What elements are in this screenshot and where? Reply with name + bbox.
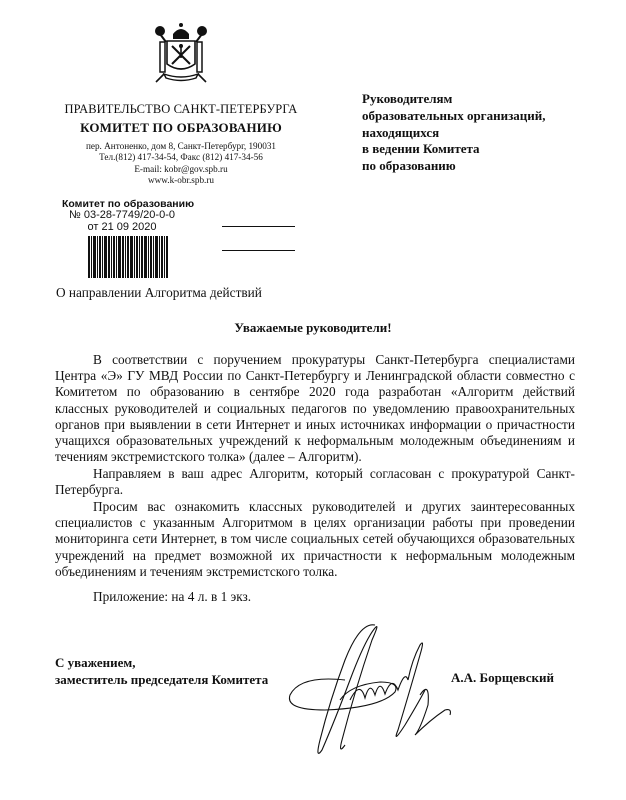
blank-line [222, 250, 295, 251]
government-name: ПРАВИТЕЛЬСТВО САНКТ-ПЕТЕРБУРГА [40, 102, 322, 117]
paragraph-text: Просим вас ознакомить классных руководит… [55, 499, 575, 580]
registration-stamp: Комитет по образованию № 03-28-7749/20-0… [66, 199, 178, 233]
barcode-icon [88, 236, 168, 278]
stamp-date: от 21 09 2020 [66, 222, 178, 234]
recipient-line: по образованию [362, 158, 546, 175]
signer-name: А.А. Борщевский [451, 670, 554, 686]
body-paragraph: Просим вас ознакомить классных руководит… [55, 499, 575, 580]
paragraph-text: В соответствии с поручением прокуратуры … [55, 352, 575, 465]
committee-name: КОМИТЕТ ПО ОБРАЗОВАНИЮ [40, 120, 322, 136]
signer-position: заместитель председателя Комитета [55, 671, 268, 688]
stamp-number: № 03-28-7749/20-0-0 [66, 210, 178, 222]
letter-subject: О направлении Алгоритма действий [56, 285, 262, 301]
email: E-mail: kobr@gov.spb.ru [40, 164, 322, 175]
contact-block: пер. Антоненко, дом 8, Санкт-Петербург, … [40, 141, 322, 186]
blank-line [222, 226, 295, 227]
phone-fax: Тел.(812) 417-34-54, Факс (812) 417-34-5… [40, 152, 322, 163]
recipient-line: Руководителям [362, 91, 546, 108]
body-paragraph: Направляем в ваш адрес Алгоритм, который… [55, 466, 575, 498]
address: пер. Антоненко, дом 8, Санкт-Петербург, … [40, 141, 322, 152]
recipient-line: находящихся [362, 125, 546, 142]
recipient-line: образовательных организаций, [362, 108, 546, 125]
attachment-note: Приложение: на 4 л. в 1 экз. [93, 589, 251, 605]
website: www.k-obr.spb.ru [40, 175, 322, 186]
greeting: Уважаемые руководители! [0, 320, 626, 336]
paragraph-text: Направляем в ваш адрес Алгоритм, который… [55, 466, 575, 498]
handwritten-signature-icon [280, 620, 460, 770]
recipient-line: в ведении Комитета [362, 141, 546, 158]
closing: С уважением, [55, 654, 268, 671]
body-paragraph: В соответствии с поручением прокуратуры … [55, 352, 575, 465]
recipient-block: Руководителям образовательных организаци… [362, 91, 546, 175]
signature-block: С уважением, заместитель председателя Ко… [55, 654, 268, 688]
coat-of-arms-icon [146, 20, 216, 84]
